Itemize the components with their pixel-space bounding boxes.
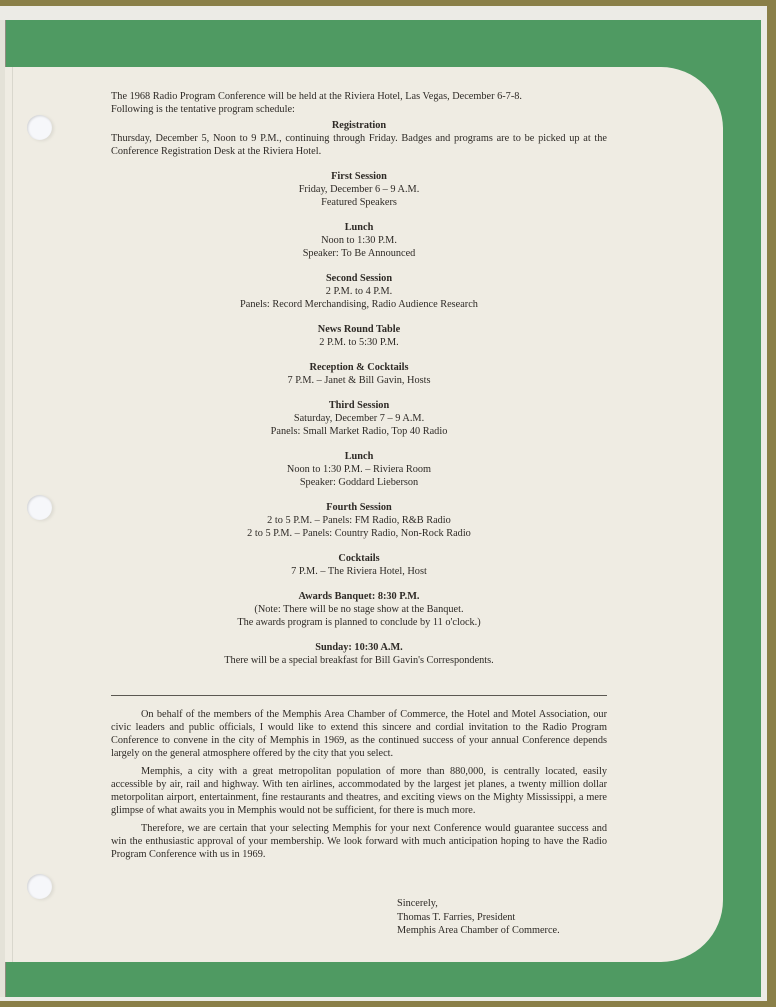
schedule-item-detail: Speaker: Goddard Lieberson — [111, 476, 607, 489]
schedule-item: Reception & Cocktails7 P.M. – Janet & Bi… — [111, 361, 607, 387]
schedule-item-title: Third Session — [111, 399, 607, 412]
letter-paragraph: Memphis, a city with a great metropolita… — [111, 765, 607, 817]
registration-text: Thursday, December 5, Noon to 9 P.M., co… — [111, 132, 607, 158]
schedule-item-detail: Noon to 1:30 P.M. – Riviera Room — [111, 463, 607, 476]
schedule-item: Cocktails7 P.M. – The Riviera Hotel, Hos… — [111, 552, 607, 578]
schedule-item-detail: Panels: Record Merchandising, Radio Audi… — [111, 298, 607, 311]
schedule-item-detail: 7 P.M. – The Riviera Hotel, Host — [111, 565, 607, 578]
schedule-item-detail: Speaker: To Be Announced — [111, 247, 607, 260]
schedule-item: LunchNoon to 1:30 P.M. – Riviera RoomSpe… — [111, 450, 607, 489]
signer-name: Thomas T. Farries, President — [397, 911, 560, 925]
intro-line-1: The 1968 Radio Program Conference will b… — [111, 90, 607, 103]
schedule-item: Sunday: 10:30 A.M.There will be a specia… — [111, 641, 607, 667]
schedule-item-title: News Round Table — [111, 323, 607, 336]
letter-paragraph: On behalf of the members of the Memphis … — [111, 708, 607, 760]
schedule-list: First SessionFriday, December 6 – 9 A.M.… — [111, 170, 607, 667]
schedule-item: Awards Banquet: 8:30 P.M.(Note: There wi… — [111, 590, 607, 629]
punch-hole-top — [27, 115, 52, 140]
registration-title: Registration — [111, 119, 607, 132]
schedule-item-detail: Saturday, December 7 – 9 A.M. — [111, 412, 607, 425]
schedule-item-detail: Featured Speakers — [111, 196, 607, 209]
letter-paragraph: Therefore, we are certain that your sele… — [111, 822, 607, 861]
schedule-item-detail: 7 P.M. – Janet & Bill Gavin, Hosts — [111, 374, 607, 387]
schedule-item-detail: Panels: Small Market Radio, Top 40 Radio — [111, 425, 607, 438]
schedule-item-title: Second Session — [111, 272, 607, 285]
schedule-item: LunchNoon to 1:30 P.M.Speaker: To Be Ann… — [111, 221, 607, 260]
schedule-item-detail: Friday, December 6 – 9 A.M. — [111, 183, 607, 196]
punch-hole-bottom — [27, 874, 52, 899]
schedule-item-title: Sunday: 10:30 A.M. — [111, 641, 607, 654]
program-schedule: The 1968 Radio Program Conference will b… — [111, 90, 607, 667]
schedule-item: First SessionFriday, December 6 – 9 A.M.… — [111, 170, 607, 209]
registration-block: Registration — [111, 119, 607, 132]
schedule-item-detail: 2 to 5 P.M. – Panels: Country Radio, Non… — [111, 527, 607, 540]
punch-hole-middle — [27, 495, 52, 520]
schedule-item-detail: 2 P.M. to 4 P.M. — [111, 285, 607, 298]
schedule-item-title: Lunch — [111, 221, 607, 234]
schedule-item: Second Session2 P.M. to 4 P.M.Panels: Re… — [111, 272, 607, 311]
schedule-item-title: First Session — [111, 170, 607, 183]
schedule-item-detail: Noon to 1:30 P.M. — [111, 234, 607, 247]
invitation-letter: On behalf of the members of the Memphis … — [111, 708, 607, 866]
schedule-item-title: Fourth Session — [111, 501, 607, 514]
schedule-item-detail: (Note: There will be no stage show at th… — [111, 603, 607, 616]
schedule-item-detail: The awards program is planned to conclud… — [111, 616, 607, 629]
signer-organization: Memphis Area Chamber of Commerce. — [397, 924, 560, 938]
schedule-item-title: Cocktails — [111, 552, 607, 565]
closing: Sincerely, — [397, 897, 560, 911]
section-divider — [111, 695, 607, 696]
schedule-item-title: Lunch — [111, 450, 607, 463]
schedule-item-title: Awards Banquet: 8:30 P.M. — [111, 590, 607, 603]
schedule-item-detail: 2 to 5 P.M. – Panels: FM Radio, R&B Radi… — [111, 514, 607, 527]
schedule-item: News Round Table2 P.M. to 5:30 P.M. — [111, 323, 607, 349]
schedule-item: Third SessionSaturday, December 7 – 9 A.… — [111, 399, 607, 438]
schedule-item: Fourth Session2 to 5 P.M. – Panels: FM R… — [111, 501, 607, 540]
intro-line-2: Following is the tentative program sched… — [111, 103, 607, 116]
signature-block: Sincerely, Thomas T. Farries, President … — [397, 897, 560, 938]
schedule-item-detail: 2 P.M. to 5:30 P.M. — [111, 336, 607, 349]
fold-line — [12, 67, 13, 962]
schedule-item-title: Reception & Cocktails — [111, 361, 607, 374]
schedule-item-detail: There will be a special breakfast for Bi… — [111, 654, 607, 667]
